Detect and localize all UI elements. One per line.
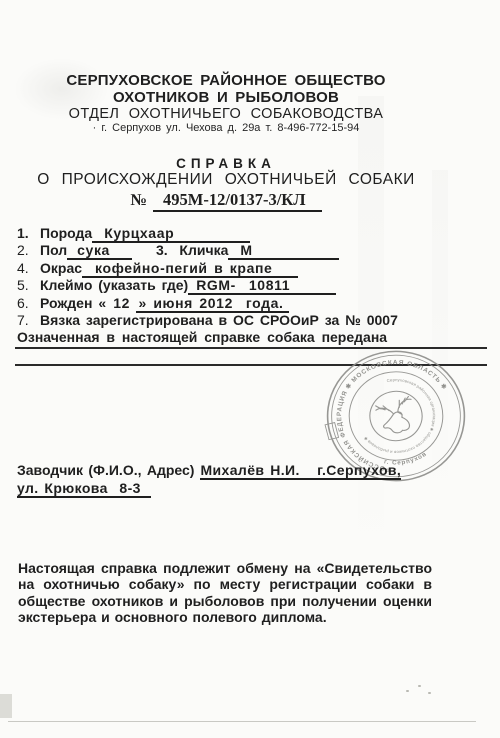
scan-speck <box>418 685 421 687</box>
field-label-breed: Порода <box>40 225 92 241</box>
birthdate-month-year: » июня 2012 года. <box>136 295 288 313</box>
form-row-mating: 7.Вязка зарегистрирована в ОС СРООиР за … <box>17 312 489 329</box>
item-number: 4. <box>17 260 40 277</box>
exchange-note: Настоящая справка подлежит обмену на «Св… <box>18 560 432 625</box>
item-number: 5. <box>17 277 40 294</box>
form-row-breed: 1.ПородаКурцхаар <box>17 225 489 242</box>
form-row-sex-name: 2.Полсука3. КличкаМ <box>17 242 489 259</box>
certificate-subtitle: О ПРОИСХОЖДЕНИИ ОХОТНИЧЬЕЙ СОБАКИ <box>0 171 452 189</box>
breeder-line1: Заводчик (Ф.И.О., Адрес)Михалёв Н.И. г.С… <box>17 461 479 479</box>
birthdate-day: « 12 <box>98 295 136 311</box>
transfer-note: Означенная в настоящей справке собака пе… <box>17 329 489 346</box>
field-value-sex: сука <box>67 242 132 260</box>
form-row-birthdate: 6.Рожден « 12 » июня 2012 года. <box>17 295 489 312</box>
certificate-number-line: №495М-12/0137-3/КЛ <box>0 190 452 210</box>
field-value-breed: Курцхаар <box>92 225 250 243</box>
breeder-line2: ул. Крюкова 8-3 <box>17 479 479 497</box>
field-value-color: кофейно-пегий в крапе <box>82 260 298 278</box>
item-number: 6. <box>17 295 40 312</box>
document-page: СЕРПУХОВСКОЕ РАЙОННОЕ ОБЩЕСТВО ОХОТНИКОВ… <box>0 0 500 738</box>
breeder-value-line2: ул. Крюкова 8-3 <box>17 480 151 498</box>
certificate-caption: СПРАВКА <box>0 156 452 171</box>
stamp-inner-ring <box>364 386 427 446</box>
mating-registration-text: Вязка зарегистрирована в ОС СРООиР за № … <box>40 312 398 328</box>
number-sign: № <box>130 190 147 209</box>
address-line: · г. Серпухов ул. Чехова д. 29а т. 8-496… <box>0 122 452 135</box>
org-name-line2: ОХОТНИКОВ И РЫБОЛОВОВ <box>0 90 452 107</box>
breeder-section: Заводчик (Ф.И.О., Адрес)Михалёв Н.И. г.С… <box>17 461 479 497</box>
department-line: ОТДЕЛ ОХОТНИЧЬЕГО СОБАКОВОДСТВА <box>0 106 452 122</box>
form-row-color: 4.Окраскофейно-пегий в крапе <box>17 260 489 277</box>
field-label-birthdate: Рожден <box>40 295 92 311</box>
org-name-line1: СЕРПУХОВСКОЕ РАЙОННОЕ ОБЩЕСТВО <box>0 73 452 90</box>
field-value-tattoo: RGM- 10811 <box>188 277 336 295</box>
field-label-color: Окрас <box>40 260 82 276</box>
deer-head-icon <box>374 396 418 436</box>
dog-details-form: 1.ПородаКурцхаар 2.Полсука3. КличкаМ 4.О… <box>17 225 489 347</box>
breeder-label: Заводчик (Ф.И.О., Адрес) <box>17 462 194 478</box>
field-label-name: Кличка <box>179 242 228 258</box>
breeder-value-line1: Михалёв Н.И. г.Серпухов, <box>200 462 401 480</box>
scan-speck <box>428 692 431 694</box>
scan-edge-line <box>8 721 476 722</box>
item-number-name: 3. <box>156 242 168 258</box>
field-value-name: М <box>228 242 338 260</box>
field-label-tattoo: Клеймо (указать где) <box>40 277 188 293</box>
certificate-number-value: 495М-12/0137-3/КЛ <box>153 190 322 212</box>
field-label-sex: Пол <box>40 242 67 258</box>
certificate-title: СПРАВКА О ПРОИСХОЖДЕНИИ ОХОТНИЧЬЕЙ СОБАК… <box>0 156 452 210</box>
item-number: 1. <box>17 225 40 242</box>
scan-speck <box>406 690 409 692</box>
item-number: 7. <box>17 312 40 329</box>
org-header: СЕРПУХОВСКОЕ РАЙОННОЕ ОБЩЕСТВО ОХОТНИКОВ… <box>0 73 452 135</box>
item-number: 2. <box>17 242 40 259</box>
form-row-tattoo: 5.Клеймо (указать где)RGM- 10811 <box>17 277 489 294</box>
scan-corner-mark <box>0 694 12 718</box>
